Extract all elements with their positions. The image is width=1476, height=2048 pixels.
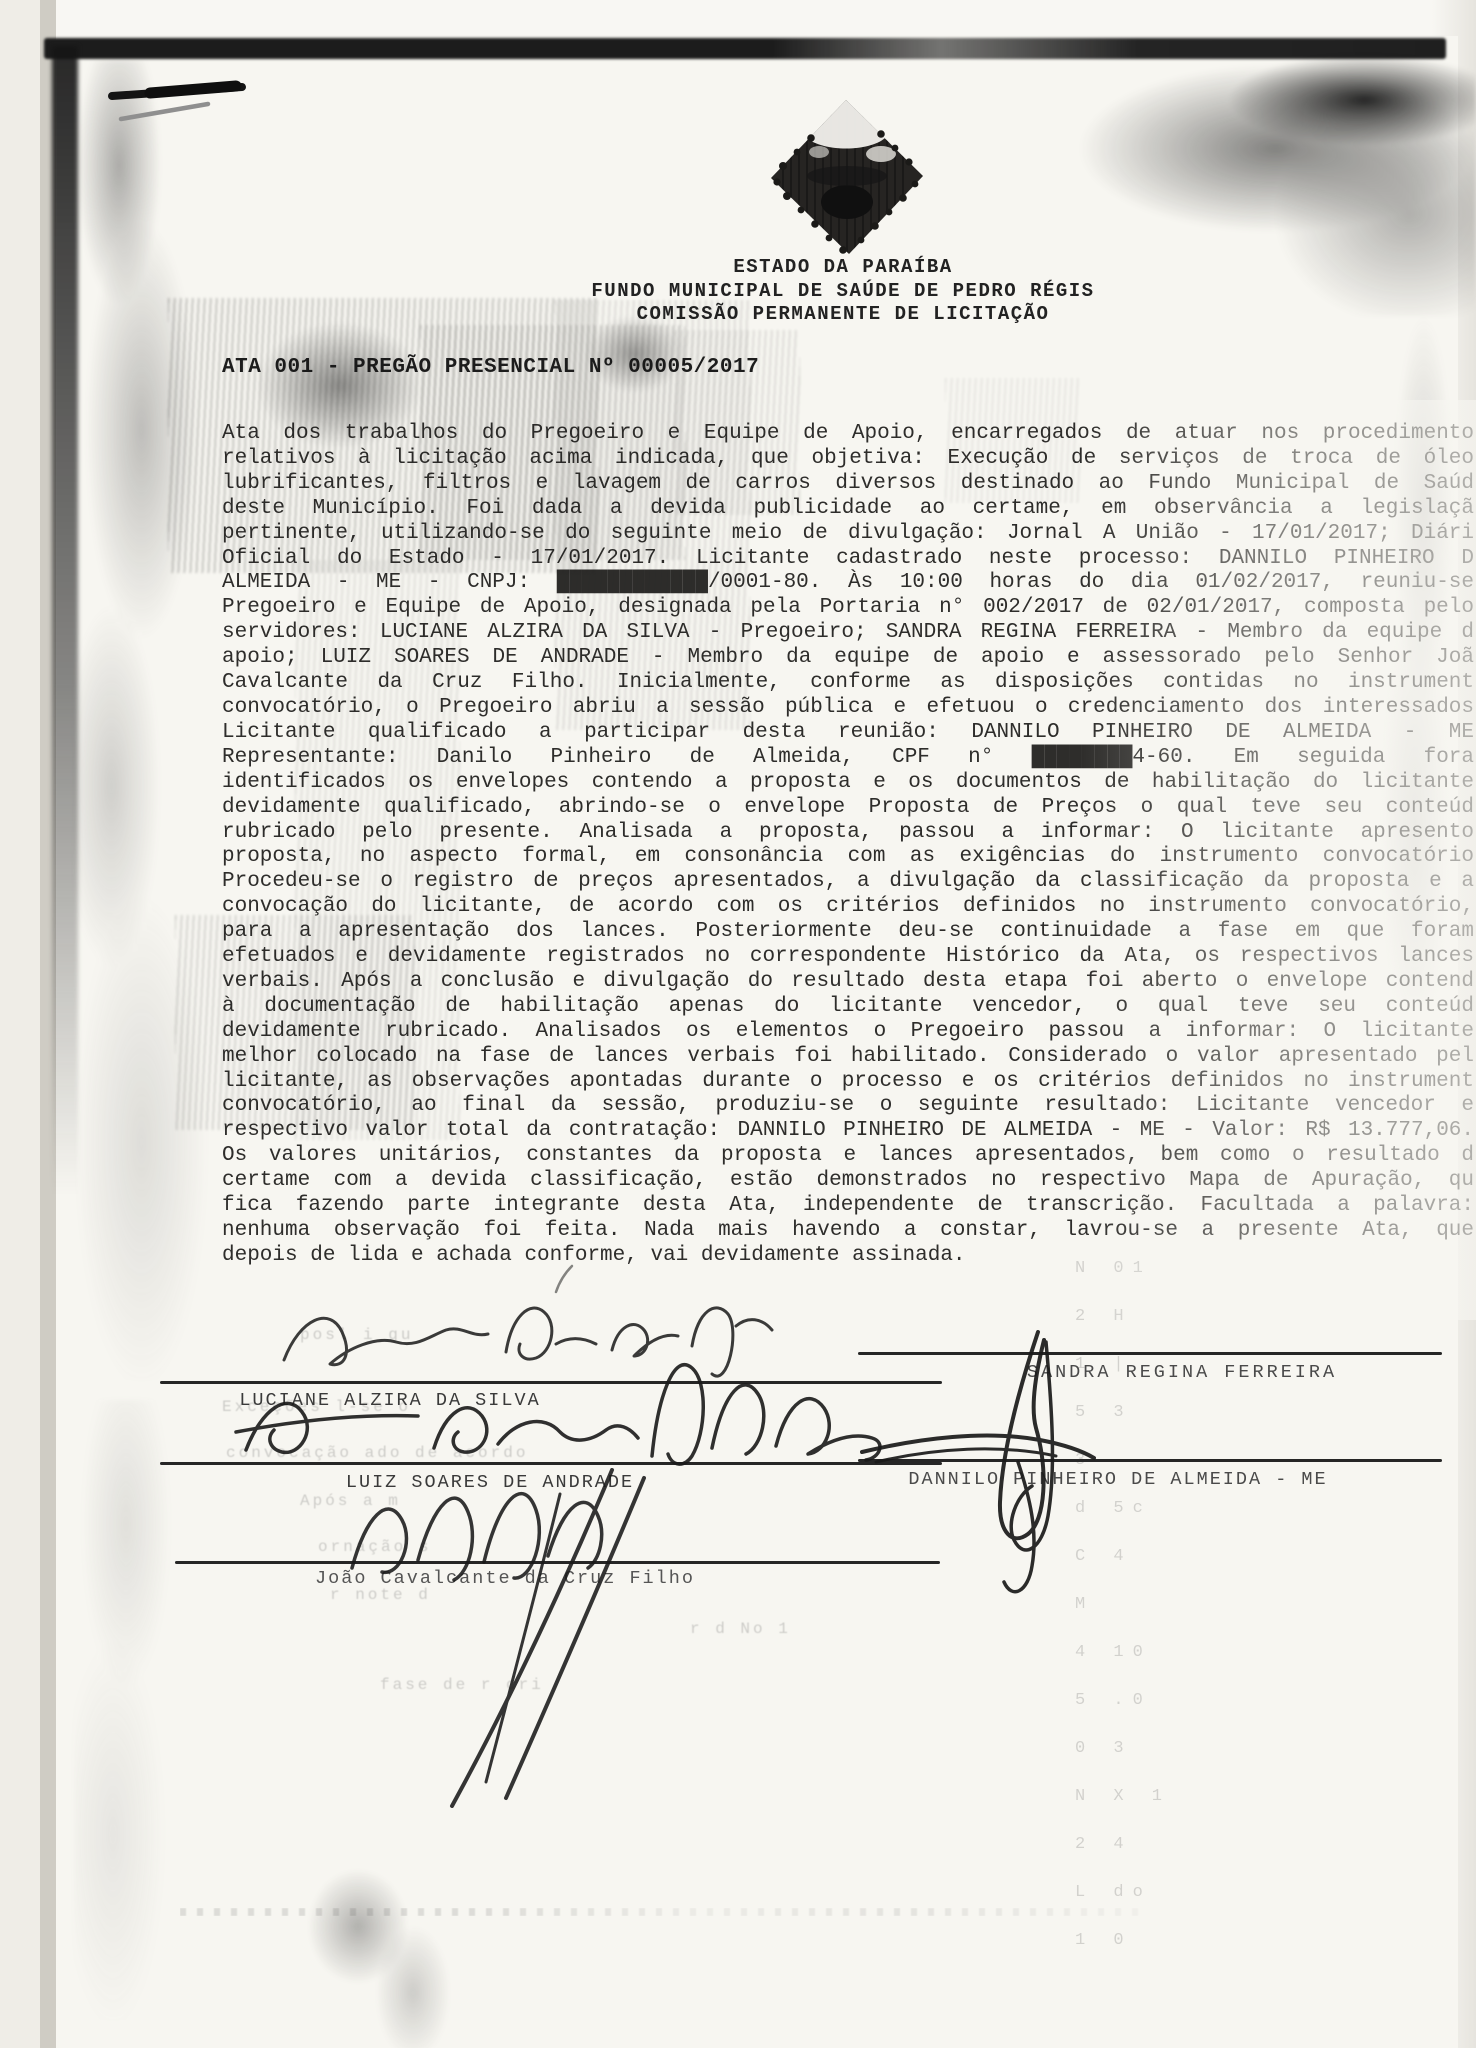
signatory-name-luiz: LUIZ SOARES DE ANDRADE	[260, 1472, 720, 1493]
signature-line	[160, 1381, 942, 1384]
signature-line	[160, 1462, 942, 1465]
signature-line	[858, 1459, 1442, 1462]
coat-of-arms-emblem	[763, 98, 929, 256]
bleedthrough-fragment: d 5c	[1075, 1485, 1265, 1533]
body-line: lubrificantes, filtros e lavagem de carr…	[222, 472, 1474, 497]
body-line: rubricado pelo presente. Analisada a pro…	[222, 821, 1474, 846]
body-line: para a apresentação dos lances. Posterio…	[222, 920, 1474, 945]
header-line: COMISSÃO PERMANENTE DE LICITAÇÃO	[363, 303, 1323, 327]
body-line: respectivo valor total da contratação: D…	[222, 1119, 1474, 1144]
bleedthrough-fragment: Após a m	[300, 1492, 401, 1510]
body-line: relativos à licitação acima indicada, qu…	[222, 447, 1474, 472]
bleedthrough-fragment: r d No 1	[690, 1620, 791, 1638]
scanned-document: ESTADO DA PARAÍBAFUNDO MUNICIPAL DE SAÚD…	[0, 0, 1476, 2048]
bleedthrough-fragment: convocação ado de acordo	[226, 1444, 528, 1462]
body-line: Oficial do Estado - 17/01/2017. Licitant…	[222, 547, 1474, 572]
bleedthrough-fragment: 0 3	[1075, 1725, 1265, 1773]
body-line: servidores: LUCIANE ALZIRA DA SILVA - Pr…	[222, 621, 1474, 646]
bleedthrough-fragment: N X 1	[1075, 1773, 1265, 1821]
body-line: devidamente qualificado, abrindo-se o en…	[222, 796, 1474, 821]
bleedthrough-fragment: 2 4	[1075, 1821, 1265, 1869]
document-header: ESTADO DA PARAÍBAFUNDO MUNICIPAL DE SAÚD…	[363, 256, 1323, 327]
bleedthrough-fragment: 2 H	[1075, 1293, 1265, 1341]
body-line: Licitante qualificado a participar desta…	[222, 721, 1474, 746]
body-line: apoio; LUIZ SOARES DE ANDRADE - Membro d…	[222, 646, 1474, 671]
body-line: Ata dos trabalhos do Pregoeiro e Equipe …	[222, 422, 1474, 447]
header-line: ESTADO DA PARAÍBA	[363, 256, 1323, 280]
body-line: proposta, no aspecto formal, em consonân…	[222, 845, 1474, 870]
bleedthrough-fragment: M	[1075, 1581, 1265, 1629]
body-line: Representante: Danilo Pinheiro de Almeid…	[222, 746, 1474, 771]
body-line: licitante, as observações apontadas dura…	[222, 1070, 1474, 1095]
body-line: Cavalcante da Cruz Filho. Inicialmente, …	[222, 671, 1474, 696]
body-line: Pregoeiro e Equipe de Apoio, designada p…	[222, 596, 1474, 621]
body-line: Os valores unitários, constantes da prop…	[222, 1144, 1474, 1169]
body-line: verbais. Após a conclusão e divulgação d…	[222, 970, 1474, 995]
body-line: convocatório, o Pregoeiro abriu a sessão…	[222, 696, 1474, 721]
body-line: devidamente rubricado. Analisados os ele…	[222, 1020, 1474, 1045]
bleedthrough-fragment: C 4	[1075, 1533, 1265, 1581]
body-line: Procedeu-se o registro de preços apresen…	[222, 870, 1474, 895]
body-line: convocatório, ao final da sessão, produz…	[222, 1094, 1474, 1119]
document-body: Ata dos trabalhos do Pregoeiro e Equipe …	[222, 422, 1474, 1269]
bleedthrough-fragment: fase de r cri	[380, 1676, 544, 1694]
body-line: identificados os envelopes contendo a pr…	[222, 771, 1474, 796]
signatory-name-sandra: SANDRA REGINA FERREIRA	[890, 1362, 1474, 1383]
bleedthrough-fragment: 1 0	[1075, 1917, 1265, 1965]
signature-line	[858, 1352, 1442, 1355]
body-line: pertinente, utilizando-se do seguinte me…	[222, 522, 1474, 547]
page-title: ATA 001 - PREGÃO PRESENCIAL Nº 00005/201…	[222, 356, 759, 379]
body-line: à documentação de habilitação apenas do …	[222, 995, 1474, 1020]
body-line: depois de lida e achada conforme, vai de…	[222, 1244, 1474, 1269]
signature-line	[175, 1561, 940, 1564]
body-line: melhor colocado na fase de lances verbai…	[222, 1045, 1474, 1070]
bleedthrough-fragment: ornação s	[318, 1538, 431, 1556]
body-line: efetuados e devidamente registrados no c…	[222, 945, 1474, 970]
body-line: deste Município. Foi dada a devida publi…	[222, 497, 1474, 522]
bleedthrough-fragment: 4 10	[1075, 1629, 1265, 1677]
bleedthrough-fragment: posl i gu	[300, 1326, 413, 1344]
body-line: nenhuma observação foi feita. Nada mais …	[222, 1219, 1474, 1244]
bleedthrough-fragment: 5 .0	[1075, 1677, 1265, 1725]
body-line: convocação do licitante, de acordo com o…	[222, 895, 1474, 920]
header-line: FUNDO MUNICIPAL DE SAÚDE DE PEDRO RÉGIS	[363, 280, 1323, 304]
body-line: certame com a devida classificação, estã…	[222, 1169, 1474, 1194]
signatory-name-dannilo: DANNILO PINHEIRO DE ALMEIDA - ME	[826, 1469, 1410, 1490]
signatory-name-luciane: LUCIANE ALZIRA DA SILVA	[160, 1390, 620, 1411]
bleedthrough-fragment: L do	[1075, 1869, 1265, 1917]
signatory-name-joao: João Cavalcante da Cruz Filho	[275, 1568, 735, 1589]
body-line: fica fazendo parte integrante desta Ata,…	[222, 1194, 1474, 1219]
body-line: ALMEIDA - ME - CNPJ: ████████████/0001-8…	[222, 571, 1474, 596]
bleedthrough-fragment: 5 3	[1075, 1389, 1265, 1437]
